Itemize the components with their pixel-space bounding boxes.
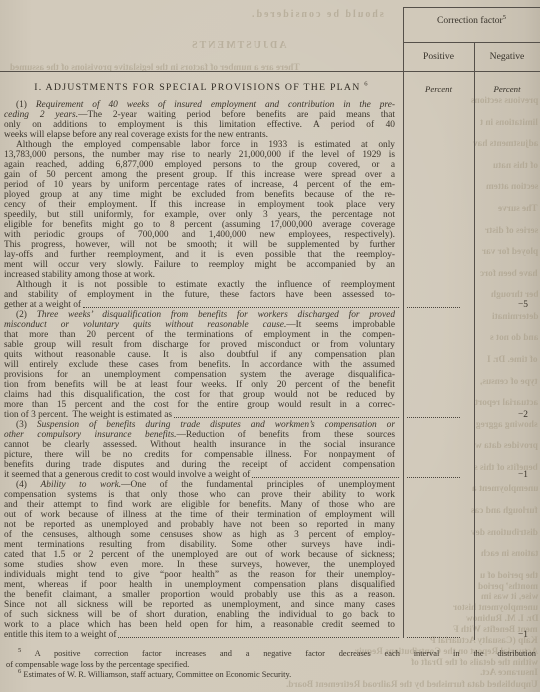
text-line: speedily, but still uniformly, for examp… [0,210,403,220]
bleed-through-text: ADJUSTMENTS [190,41,286,51]
text-segment: with periodic groups of 700,000 and 1,40… [4,230,395,240]
text-line: individuals might tend to give “poor hea… [0,570,403,580]
text-segment: Suspension of benefits during trade disp… [37,420,395,430]
text-segment: weeks will elapse before any real covera… [4,130,268,140]
positive-cell [403,300,474,310]
correction-factor-header: Correction factor5 [403,15,540,26]
scanned-document-page: should be considered.ADJUSTMENTSThere ar… [0,0,540,692]
text-line: Since not all sickness will be reported … [0,600,403,610]
text-line: ment will occur very slowly. Failure to … [0,260,403,270]
text-segment: that more than 20 percent of the termina… [4,330,395,340]
text-line: cated that 1.5 or 2 percent of the unemp… [0,550,403,560]
positive-cell [403,410,474,420]
text-segment: ment, whereas if poor health in unemploy… [4,580,395,590]
text-segment: out of work because of illness at the ti… [4,510,395,520]
text-line: of the censuses, although some censuses … [0,530,403,540]
text-line: 13,783,000 persons, the number may rise … [0,150,403,160]
leader-text: it seemed that a generous credit to cost… [0,470,403,480]
text-line: period of 10 years by uniform percentage… [0,180,403,190]
text-segment: (3) [16,420,37,430]
text-line: and stability of employment in the futur… [0,290,403,300]
text-line: and their attempt to find work are eligi… [0,500,403,510]
text-line: only on additions to employment is this … [0,120,403,130]
text-line: out of work because of illness at the ti… [0,510,403,520]
positive-cell [403,470,474,480]
text-segment: will entirely exclude these cases from b… [4,360,395,370]
section-divider-rule [0,71,540,72]
text-line: that more than 20 percent of the termina… [0,330,403,340]
text-segment: provisions for an unemployment compensat… [4,370,395,380]
text-line: claims had this disqualification, the co… [0,390,403,400]
footnote-line: 5 A positive correction factor increases… [6,649,536,660]
positive-cell-leader [407,630,460,638]
weight-leader-row: it seemed that a generous credit to cost… [0,470,540,480]
text-segment: speedily, but still uniformly, for examp… [4,210,395,220]
text-segment: again reached, adding 6,877,000 employed… [4,160,395,170]
text-line: again reached, adding 6,877,000 employed… [0,160,403,170]
text-segment: and their attempt to find work are eligi… [4,500,395,510]
text-line: provisions for an unemployment compensat… [0,370,403,380]
text-line: (2) Three weeks’ disqualification from b… [0,310,403,320]
text-segment: increased stability among those at work. [4,270,155,280]
text-segment: Ability to work. [41,480,122,490]
text-segment: 13,783,000 persons, the number may rise … [4,150,395,160]
text-segment: ployed group at any time might be exclud… [4,190,395,200]
text-line: (3) Suspension of benefits during trade … [0,420,403,430]
text-segment: Three weeks’ disqualification from benef… [37,310,395,320]
leader-text: tion of 3 percent. The weight is estimat… [0,410,403,420]
text-line: work to a place which has been held open… [0,620,403,630]
text-segment: not be reported as unemployed and probab… [4,520,395,530]
text-line: picture, there will be no credits for co… [0,450,403,460]
text-line: ceding 2 years.—The 2-year waiting perio… [0,110,403,120]
footnote-marker: 5 [18,647,21,654]
text-line: (1) Requirement of 40 weeks of insured e… [0,100,403,110]
text-segment: ment will occur very slowly. Failure to … [4,260,395,270]
leader-text: gether at a weight of [0,300,403,310]
bleed-through-text: Unpublished data furnished by the Railro… [286,680,538,690]
text-segment: Although it is not possible to estimate … [16,280,395,290]
text-segment: gain of 50 percent among the present gro… [4,170,395,180]
weight-leader-row: gether at a weight of−5 [0,300,540,310]
text-line: ment terminations resulting from disabil… [0,540,403,550]
leader-text-content: entitle this item to a weight of [4,630,116,640]
positive-cell-leader [407,470,460,478]
footnote-marker: 6 [18,668,21,675]
text-line: cency of their employment. If this incre… [0,200,403,210]
text-line: (4) Ability to work.—One of the fundamen… [0,480,403,490]
text-segment: cated that 1.5 or 2 percent of the unemp… [4,550,395,560]
text-line: weeks will elapse before any real covera… [0,130,403,140]
section-heading-footnote-marker: 6 [364,81,369,88]
dotted-leader [118,630,399,638]
text-segment: quits without reasonable cause. It is al… [4,350,395,360]
table-top-rule [403,7,540,8]
text-line: Although it is not possible to estimate … [0,280,403,290]
text-segment: —One of the fundamental principles of un… [121,480,395,490]
text-segment: ceding 2 years. [4,110,78,120]
text-line: eligible for benefits might go to 8 perc… [0,220,403,230]
text-segment: (1) [16,100,36,110]
text-line: not be reported as unemployed and probab… [0,520,403,530]
text-line: with periodic groups of 700,000 and 1,40… [0,230,403,240]
text-segment: lay-offs and further reemployment, and i… [4,250,395,260]
text-segment: —It seems improbable [286,320,395,330]
positive-cell [403,630,474,640]
text-segment: Requirement of 40 weeks of insured emplo… [36,100,395,110]
text-segment: This progress, however, will not be smoo… [4,240,395,250]
text-line: increased stability among those at work. [0,270,403,280]
weight-value: −2 [474,410,540,420]
column-header-positive: Positive [403,51,474,62]
text-segment: only on additions to employment is this … [4,120,395,130]
footnote-line: 6 Estimates of W. R. Williamson, staff a… [6,670,536,681]
text-segment: misconduct or voluntary quits without re… [4,320,286,330]
text-segment: (4) [16,480,41,490]
footnotes: 5 A positive correction factor increases… [0,649,540,681]
unit-label-positive: Percent [403,84,474,94]
text-segment: claims had this disqualification, the co… [4,390,395,400]
text-segment: —The 2-year waiting period before benefi… [78,110,395,120]
weight-value: −1 [474,470,540,480]
text-segment: period of 10 years by uniform percentage… [4,180,395,190]
unit-label-negative: Percent [474,84,540,94]
text-segment: cannot be clearly assessed. Without heal… [4,440,395,450]
dotted-leader [83,300,399,308]
weight-leader-row: entitle this item to a weight of−1 [0,630,540,640]
text-segment: and stability of employment in the futur… [4,290,395,300]
leader-text-content: tion of 3 percent. The weight is estimat… [4,410,172,420]
section-heading-text: I. ADJUSTMENTS FOR SPECIAL PROVISIONS OF… [34,82,360,93]
text-segment: compensation systems is that only those … [4,490,395,500]
text-line: some studies show even more. In these su… [0,560,403,570]
text-segment: picture, there will be no credits for co… [4,450,395,460]
text-line: ment, whereas if poor health in unemploy… [0,580,403,590]
text-line: sable group will result from discharge f… [0,340,403,350]
text-segment: cency of their employment. If this incre… [4,200,395,210]
text-line: compensation systems is that only those … [0,490,403,500]
leader-text: entitle this item to a weight of [0,630,403,640]
text-line: misconduct or voluntary quits without re… [0,320,403,330]
positive-cell-leader [407,300,460,308]
text-line: the benefit claimant, a smaller proporti… [0,590,403,600]
text-segment: ment terminations resulting from disabil… [4,540,395,550]
text-segment: of such sickness will be of short durati… [4,610,395,620]
correction-factor-label: Correction factor [437,15,503,26]
leader-text-content: gether at a weight of [4,300,81,310]
text-line: This progress, however, will not be smoo… [0,240,403,250]
column-header-negative: Negative [474,51,540,62]
bleed-through-text: should be considered. [250,10,384,20]
text-segment: more than 15 percent and the cost for th… [4,400,395,410]
text-segment: benefits during trade disputes and durin… [4,460,395,470]
text-segment: other compulsory insurance benefits. [4,430,177,440]
positive-cell-leader [407,410,460,418]
text-line: gain of 50 percent among the present gro… [0,170,403,180]
text-segment: individuals might tend to give “poor hea… [4,570,395,580]
text-line: of such sickness will be of short durati… [0,610,403,620]
text-segment: work to a place which has been held open… [4,620,395,630]
text-line: other compulsory insurance benefits.—Red… [0,430,403,440]
table-header-rule [403,42,540,43]
text-segment: eligible for benefits might go to 8 perc… [4,220,395,230]
text-segment: —Reduction of benefits from these source… [177,430,396,440]
weight-value: −1 [474,630,540,640]
weight-leader-row: tion of 3 percent. The weight is estimat… [0,410,540,420]
correction-factor-footnote-marker: 5 [503,14,506,21]
text-segment: of the censuses, although some censuses … [4,530,395,540]
text-line: ployed group at any time might be exclud… [0,190,403,200]
dotted-leader [252,470,399,478]
text-segment: tion of 3 percent. The weight is estimat… [4,410,172,420]
leader-text-content: it seemed that a generous credit to cost… [4,470,250,480]
text-segment: gether at a weight of [4,300,81,310]
text-line: will entirely exclude these cases from b… [0,360,403,370]
text-segment: sable group will result from discharge f… [4,340,395,350]
text-segment: entitle this item to a weight of [4,630,116,640]
text-line: cannot be clearly assessed. Without heal… [0,440,403,450]
footnote-line: of compensable wage loss by the percenta… [6,660,536,671]
text-line: more than 15 percent and the cost for th… [0,400,403,410]
text-segment: (2) [16,310,37,320]
weight-value: −5 [474,300,540,310]
text-line: benefits during trade disputes and durin… [0,460,403,470]
text-line: Although the employed compensable labor … [0,140,403,150]
text-line: lay-offs and further reemployment, and i… [0,250,403,260]
section-heading: I. ADJUSTMENTS FOR SPECIAL PROVISIONS OF… [0,82,403,93]
text-segment: it seemed that a generous credit to cost… [4,470,250,480]
text-line: quits without reasonable cause. It is al… [0,350,403,360]
text-segment: Since not all sickness will be reported … [4,600,395,610]
text-segment: the benefit claimant, a smaller proporti… [4,590,395,600]
text-line: tion from benefits will be at least four… [0,380,403,390]
text-segment: tion from benefits will be at least four… [4,380,395,390]
dotted-leader [174,410,399,418]
text-segment: Although the employed compensable labor … [16,140,395,150]
body-text: (1) Requirement of 40 weeks of insured e… [0,100,540,640]
text-segment: some studies show even more. In these su… [4,560,395,570]
